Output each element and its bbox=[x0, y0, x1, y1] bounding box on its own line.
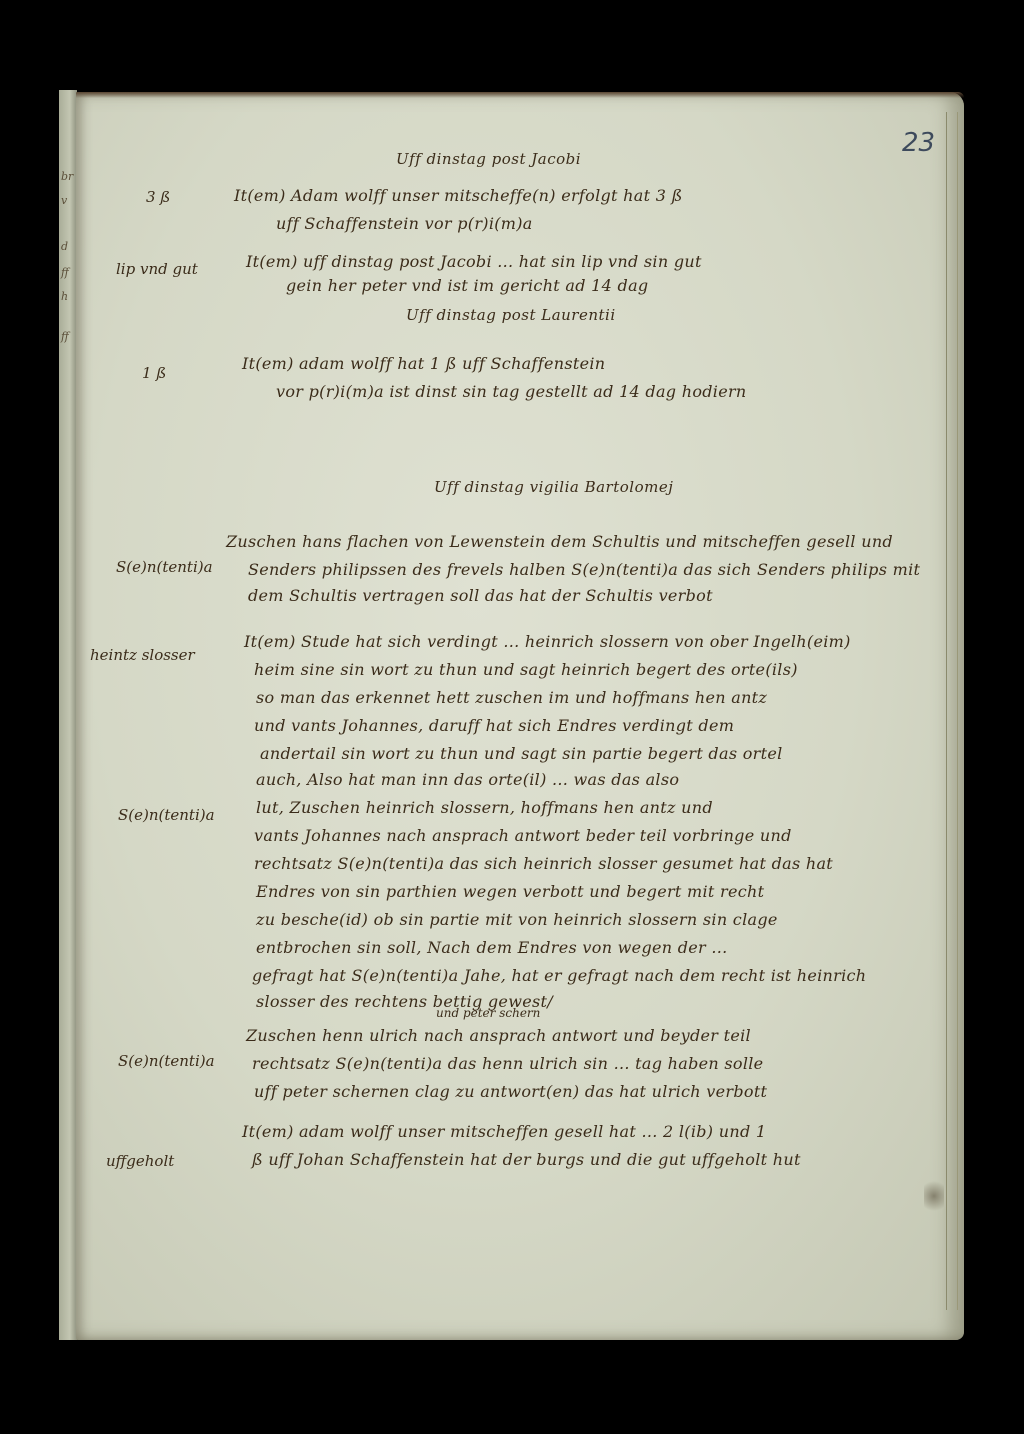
text-line: so man das erkennet hett zuschen im und … bbox=[256, 688, 767, 707]
text-line: It(em) uff dinstag post Jacobi ... hat s… bbox=[246, 252, 702, 271]
section-heading: Uff dinstag post Jacobi bbox=[396, 150, 581, 168]
margin-note: 3 ß bbox=[146, 188, 170, 206]
text-line: It(em) adam wolff hat 1 ß uff Schaffenst… bbox=[242, 354, 605, 373]
text-line: heim sine sin wort zu thun und sagt hein… bbox=[254, 660, 798, 679]
margin-note: S(e)n(tenti)a bbox=[118, 1052, 215, 1070]
text-line: gein her peter vnd ist im gericht ad 14 … bbox=[286, 276, 648, 295]
binding-stub: br v d ff h ff bbox=[59, 90, 77, 1340]
text-line: It(em) Stude hat sich verdingt ... heinr… bbox=[244, 632, 851, 651]
text-line: rechtsatz S(e)n(tenti)a das henn ulrich … bbox=[252, 1054, 763, 1073]
section-heading: Uff dinstag post Laurentii bbox=[406, 306, 616, 324]
margin-note: S(e)n(tenti)a bbox=[118, 806, 215, 824]
text-line: ß uff Johan Schaffenstein hat der burgs … bbox=[252, 1150, 801, 1169]
text-line: It(em) adam wolff unser mitscheffen gese… bbox=[242, 1122, 766, 1141]
margin-note: lip vnd gut bbox=[116, 260, 198, 278]
margin-note: uffgeholt bbox=[106, 1152, 174, 1170]
text-line: Senders philipssen des frevels halben S(… bbox=[248, 560, 920, 579]
stub-mark: ff bbox=[61, 330, 69, 343]
text-line: gefragt hat S(e)n(tenti)a Jahe, hat er g… bbox=[252, 966, 866, 985]
text-line: Zuschen hans flachen von Lewenstein dem … bbox=[226, 532, 893, 551]
text-line: dem Schultis vertragen soll das hat der … bbox=[248, 586, 713, 605]
margin-note: S(e)n(tenti)a bbox=[116, 558, 213, 576]
margin-note: 1 ß bbox=[142, 364, 166, 382]
section-heading: Uff dinstag vigilia Bartolomej bbox=[434, 478, 673, 496]
margin-note: heintz slosser bbox=[90, 646, 195, 664]
text-line: vants Johannes nach ansprach antwort bed… bbox=[254, 826, 792, 845]
text-line: Zuschen henn ulrich nach ansprach antwor… bbox=[246, 1026, 751, 1045]
text-line: uff Schaffenstein vor p(r)i(m)a bbox=[276, 214, 533, 233]
interlinear-insertion: und peter schern bbox=[436, 1006, 540, 1020]
stub-mark: h bbox=[61, 290, 68, 303]
text-line: auch, Also hat man inn das orte(il) ... … bbox=[256, 770, 679, 789]
manuscript-page: 23 Uff dinstag post Jacobi3 ßIt(em) Adam… bbox=[76, 92, 964, 1340]
text-line: zu besche(id) ob sin partie mit von hein… bbox=[256, 910, 778, 929]
stub-mark: v bbox=[61, 194, 67, 207]
folio-number: 23 bbox=[902, 128, 935, 158]
text-line: und vants Johannes, daruff hat sich Endr… bbox=[254, 716, 734, 735]
text-line: andertail sin wort zu thun und sagt sin … bbox=[260, 744, 783, 763]
text-line: vor p(r)i(m)a ist dinst sin tag gestellt… bbox=[276, 382, 747, 401]
text-line: rechtsatz S(e)n(tenti)a das sich heinric… bbox=[254, 854, 833, 873]
stub-mark: ff bbox=[61, 266, 69, 279]
stub-mark: d bbox=[61, 240, 68, 253]
ink-stain bbox=[924, 1177, 944, 1215]
text-line: entbrochen sin soll, Nach dem Endres von… bbox=[256, 938, 728, 957]
text-line: It(em) Adam wolff unser mitscheffe(n) er… bbox=[234, 186, 683, 205]
page-edge-layers bbox=[946, 112, 958, 1310]
stub-mark: br bbox=[61, 170, 73, 183]
text-line: uff peter schernen clag zu antwort(en) d… bbox=[254, 1082, 767, 1101]
text-line: Endres von sin parthien wegen verbott un… bbox=[256, 882, 764, 901]
text-line: lut, Zuschen heinrich slossern, hoffmans… bbox=[256, 798, 713, 817]
